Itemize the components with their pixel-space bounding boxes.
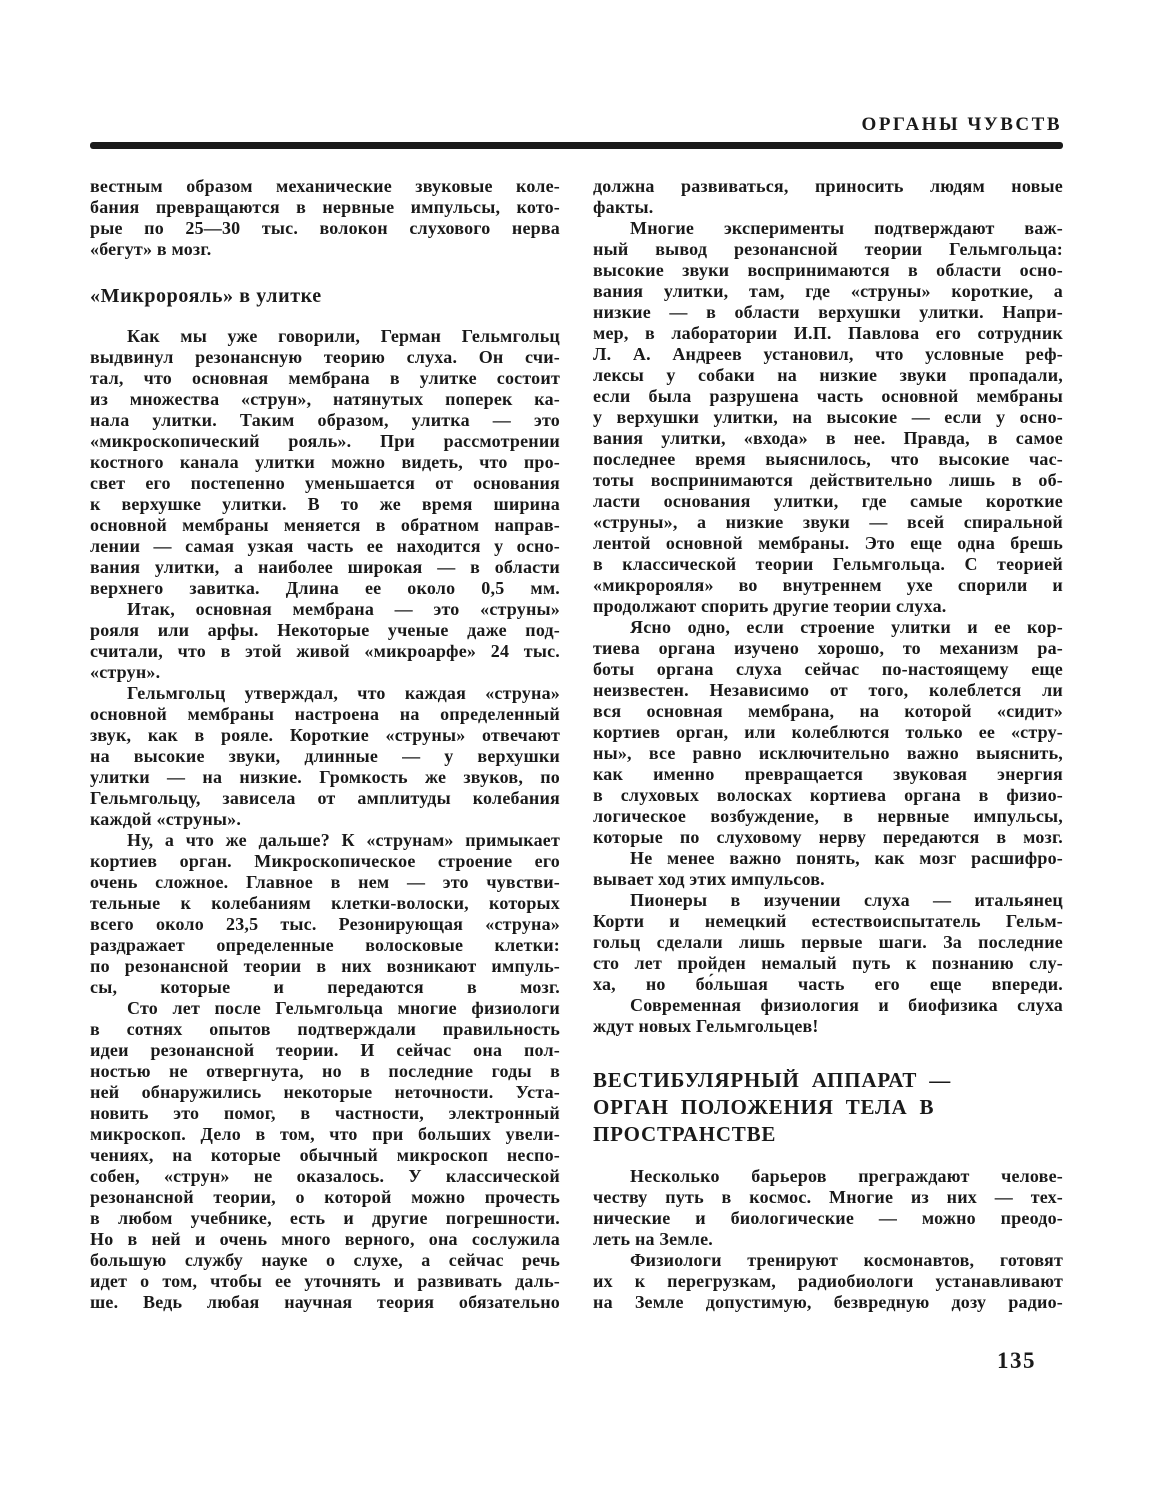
text-line: раздражает определенные волосковые клетк… (90, 935, 560, 956)
text-line: тельные к колебаниям клетки-волоски, кот… (90, 893, 560, 914)
text-line: Не менее важно понять, как мозг расшифро… (593, 848, 1063, 869)
text-line: большую службу науке о слухе, а сейчас р… (90, 1250, 560, 1271)
text-line: факты. (593, 197, 1063, 218)
heading-line: ПРОСТРАНСТВЕ (593, 1121, 1063, 1148)
text-line: сто лет пройден немалый путь к познанию … (593, 953, 1063, 974)
text-line: ласти основания улитки, где самые коротк… (593, 491, 1063, 512)
text-line: по резонансной теории в них возникают им… (90, 956, 560, 977)
text-line: чениях, на которые обычный микроскоп нес… (90, 1145, 560, 1166)
text-line: собен, «струн» не оказалось. У классичес… (90, 1166, 560, 1187)
text-line: улитки — на низкие. Громкость же звуков,… (90, 767, 560, 788)
text-line: вся основная мембрана, на которой «сидит… (593, 701, 1063, 722)
text-line: как именно превращается звуковая энергия (593, 764, 1063, 785)
text-line: в классической теории Гельмгольца. С тео… (593, 554, 1063, 575)
header-rule (90, 142, 1063, 149)
text-line: «струн». (90, 662, 560, 683)
paragraph: Несколько барьеров преграждают челове-че… (593, 1166, 1063, 1250)
text-line: звук, как в рояле. Короткие «струны» отв… (90, 725, 560, 746)
text-line: лении — самая узкая часть ее находится у… (90, 536, 560, 557)
text-line: Пионеры в изучении слуха — итальянец (593, 890, 1063, 911)
paragraph: Не менее важно понять, как мозг расшифро… (593, 848, 1063, 890)
text-line: честву путь в космос. Многие из них — те… (593, 1187, 1063, 1208)
text-line: вания улитки, а наиболее широкая — в обл… (90, 557, 560, 578)
text-line: верхнего завитка. Длина ее около 0,5 мм. (90, 578, 560, 599)
text-line: Корти и немецкий естествоиспытатель Гель… (593, 911, 1063, 932)
text-line: последнее время выяснилось, что высокие … (593, 449, 1063, 470)
text-line: ней обнаружились некоторые неточности. У… (90, 1082, 560, 1103)
text-line: микроскоп. Дело в том, что при больших у… (90, 1124, 560, 1145)
text-line: к верхушке улитки. В то же время ширина (90, 494, 560, 515)
text-line: на Земле допустимую, безвредную дозу рад… (593, 1292, 1063, 1313)
text-line: «струны», а низкие звуки — всей спиральн… (593, 512, 1063, 533)
text-line: Л. А. Андреев установил, что условные ре… (593, 344, 1063, 365)
text-line: резонансной теории, о которой можно проч… (90, 1187, 560, 1208)
text-line: в слуховых волосках кортиева органа в фи… (593, 785, 1063, 806)
text-line: нические и биологические — можно преодо- (593, 1208, 1063, 1229)
text-line: Ну, а что же дальше? К «струнам» примыка… (90, 830, 560, 851)
text-line: «микроскопический рояль». При рассмотрен… (90, 431, 560, 452)
text-line: тоты воспринимаются действительно лишь в… (593, 470, 1063, 491)
text-line: высокие звуки воспринимаются в области о… (593, 260, 1063, 281)
running-head: ОРГАНЫ ЧУВСТВ (862, 114, 1062, 136)
text-line: ный вывод резонансной теории Гельмгольца… (593, 239, 1063, 260)
text-line: мер, в лаборатории И.П. Павлова его сотр… (593, 323, 1063, 344)
text-line: кортиев орган. Микроскопическое строение… (90, 851, 560, 872)
paragraph: Итак, основная мембрана — это «струны»ро… (90, 599, 560, 683)
text-line: вестным образом механические звуковые ко… (90, 176, 560, 197)
paragraph: Пионеры в изучении слуха — итальянецКорт… (593, 890, 1063, 995)
text-line: Как мы уже говорили, Герман Гельмгольц (90, 326, 560, 347)
text-line: на высокие звуки, длинные — у верхушки (90, 746, 560, 767)
text-line: в любом учебнике, есть и другие погрешно… (90, 1208, 560, 1229)
text-line: сы, которые и передаются в мозг. (90, 977, 560, 998)
text-line: Физиологи тренируют космонавтов, готовят (593, 1250, 1063, 1271)
text-line: ностью не отвергнута, но в последние год… (90, 1061, 560, 1082)
text-line: выдвинул резонансную теорию слуха. Он сч… (90, 347, 560, 368)
book-page: ОРГАНЫ ЧУВСТВ вестным образом механическ… (0, 0, 1154, 1500)
text-line: ждут новых Гельмгольцев! (593, 1016, 1063, 1037)
text-line: считали, что в этой живой «микроарфе» 24… (90, 641, 560, 662)
text-line: низкие — в области верхушки улитки. Напр… (593, 302, 1063, 323)
paragraph: Физиологи тренируют космонавтов, готовят… (593, 1250, 1063, 1313)
text-line: гольц сделали лишь первые шаги. За после… (593, 932, 1063, 953)
text-line: в сотнях опытов подтверждали правильност… (90, 1019, 560, 1040)
text-line: основной мембраны меняется в обратном на… (90, 515, 560, 536)
text-line: Гельмгольцу, зависела от амплитуды колеб… (90, 788, 560, 809)
heading-line: ВЕСТИБУЛЯРНЫЙ АППАРАТ — (593, 1067, 1063, 1094)
text-line: тиева органа изучено хорошо, то механизм… (593, 638, 1063, 659)
left-column: вестным образом механические звуковые ко… (90, 176, 560, 1313)
text-line: рые по 25—30 тыс. волокон слухового нерв… (90, 218, 560, 239)
paragraph: Многие эксперименты подтверждают важ-ный… (593, 218, 1063, 617)
page-number: 135 (997, 1348, 1036, 1374)
heading-line: «Микророяль» в улитке (90, 285, 560, 307)
paragraph: Сто лет после Гельмгольца многие физиоло… (90, 998, 560, 1313)
text-line: должна развиваться, приносить людям новы… (593, 176, 1063, 197)
right-column: должна развиваться, приносить людям новы… (593, 176, 1063, 1313)
heading-line: ОРГАН ПОЛОЖЕНИЯ ТЕЛА В (593, 1094, 1063, 1121)
text-line: продолжают спорить другие теории слуха. (593, 596, 1063, 617)
text-line: их к перегрузкам, радиобиологи устанавли… (593, 1271, 1063, 1292)
text-line: каждой «струны». (90, 809, 560, 830)
text-line: которые по слуховому нерву передаются в … (593, 827, 1063, 848)
paragraph: Как мы уже говорили, Герман Гельмгольцвы… (90, 326, 560, 599)
text-line: у верхушки улитки, на высокие — если у о… (593, 407, 1063, 428)
text-line: боты органа слуха сейчас по-настоящему е… (593, 659, 1063, 680)
text-line: Несколько барьеров преграждают челове- (593, 1166, 1063, 1187)
text-line: очень сложное. Главное в нем — это чувст… (90, 872, 560, 893)
text-line: ны», все равно исключительно важно выясн… (593, 743, 1063, 764)
text-line: вания улитки, «входа» в нее. Правда, в с… (593, 428, 1063, 449)
text-line: Ясно одно, если строение улитки и ее кор… (593, 617, 1063, 638)
text-line: бания превращаются в нервные импульсы, к… (90, 197, 560, 218)
text-line: если была разрушена часть основной мембр… (593, 386, 1063, 407)
text-line: из множества «струн», натянутых поперек … (90, 389, 560, 410)
text-line: идет о том, чтобы ее уточнять и развиват… (90, 1271, 560, 1292)
text-line: «бегут» в мозг. (90, 239, 560, 260)
text-line: Гельмгольц утверждал, что каждая «струна… (90, 683, 560, 704)
paragraph: вестным образом механические звуковые ко… (90, 176, 560, 260)
text-line: логическое возбуждение, в нервные импуль… (593, 806, 1063, 827)
paragraph: Современная физиология и биофизика слуха… (593, 995, 1063, 1037)
text-line: основной мембраны настроена на определен… (90, 704, 560, 725)
text-line: лентой основной мембраны. Это еще одна б… (593, 533, 1063, 554)
text-line: идеи резонансной теории. И сейчас она по… (90, 1040, 560, 1061)
section-heading: «Микророяль» в улитке (90, 285, 560, 307)
text-line: ше. Ведь любая научная теория обязательн… (90, 1292, 560, 1313)
text-line: ха, но бо́льшая часть его еще впереди. (593, 974, 1063, 995)
text-line: свет его постепенно уменьшается от основ… (90, 473, 560, 494)
text-line: Сто лет после Гельмгольца многие физиоло… (90, 998, 560, 1019)
text-line: лексы у собаки на низкие звуки пропадали… (593, 365, 1063, 386)
text-line: вания улитки, там, где «струны» короткие… (593, 281, 1063, 302)
text-line: нала улитки. Таким образом, улитка — это (90, 410, 560, 431)
text-line: рояля или арфы. Некоторые ученые даже по… (90, 620, 560, 641)
paragraph: Ясно одно, если строение улитки и ее кор… (593, 617, 1063, 848)
paragraph: Гельмгольц утверждал, что каждая «струна… (90, 683, 560, 830)
text-line: Многие эксперименты подтверждают важ- (593, 218, 1063, 239)
text-line: Современная физиология и биофизика слуха (593, 995, 1063, 1016)
text-line: всего около 23,5 тыс. Резонирующая «стру… (90, 914, 560, 935)
text-line: неизвестен. Независимо от того, колеблет… (593, 680, 1063, 701)
paragraph: Ну, а что же дальше? К «струнам» примыка… (90, 830, 560, 998)
text-line: Но в ней и очень много верного, она сосл… (90, 1229, 560, 1250)
text-line: кортиев орган, или колеблются только ее … (593, 722, 1063, 743)
text-line: «микророяля» во внутреннем ухе спорили и (593, 575, 1063, 596)
text-line: новить это помог, в частности, электронн… (90, 1103, 560, 1124)
text-line: тал, что основная мембрана в улитке сост… (90, 368, 560, 389)
text-line: леть на Земле. (593, 1229, 1063, 1250)
paragraph: должна развиваться, приносить людям новы… (593, 176, 1063, 218)
text-line: Итак, основная мембрана — это «струны» (90, 599, 560, 620)
article-title: ВЕСТИБУЛЯРНЫЙ АППАРАТ —ОРГАН ПОЛОЖЕНИЯ Т… (593, 1067, 1063, 1148)
page-content: вестным образом механические звуковые ко… (90, 176, 1063, 1313)
text-line: костного канала улитки можно видеть, что… (90, 452, 560, 473)
text-line: вывает ход этих импульсов. (593, 869, 1063, 890)
